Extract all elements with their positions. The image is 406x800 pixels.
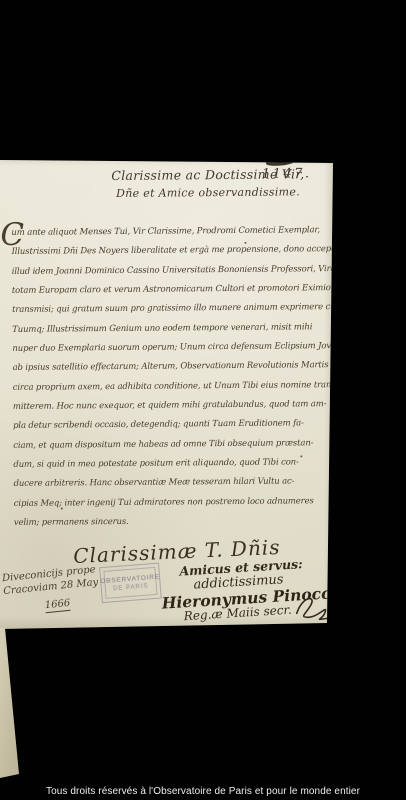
copyright-caption: Tous droits réservés à l'Observatoire de… <box>0 786 406 797</box>
archival-stamp: OBSERVATOIRE DE PARIS <box>99 563 162 604</box>
body-line: velim; permanens sincerus. <box>14 515 332 537</box>
dateline: Diveconicijs prope Cracoviam 28 May 1666 <box>2 564 101 617</box>
salutation-line-2: Dñe et Amice observandissime. <box>98 185 318 200</box>
scan-background: 1147. Clarissime ac Doctissime Vir, Dñe … <box>0 0 406 800</box>
stamp-text-line-2: DE PARIS <box>113 583 149 592</box>
letter-page: 1147. Clarissime ac Doctissime Vir, Dñe … <box>0 158 334 630</box>
paper-speck <box>244 242 246 244</box>
dateline-year: 1666 <box>44 598 71 613</box>
paper-speck <box>61 507 63 509</box>
letter-page-content: 1147. Clarissime ac Doctissime Vir, Dñe … <box>0 155 336 630</box>
stamp-text-line-1: OBSERVATOIRE <box>100 573 160 585</box>
archival-stamp-border: OBSERVATOIRE DE PARIS <box>103 567 157 599</box>
salutation: Clarissime ac Doctissime Vir, Dñe et Ami… <box>98 166 318 200</box>
paper-speck <box>300 455 302 457</box>
signature-flourish-icon <box>295 593 333 625</box>
underlying-page-edge <box>0 628 22 778</box>
letter-body: um ante aliquot Menses Tui, Vir Clarissi… <box>11 225 332 537</box>
salutation-line-1: Clarissime ac Doctissime Vir, <box>98 166 318 183</box>
